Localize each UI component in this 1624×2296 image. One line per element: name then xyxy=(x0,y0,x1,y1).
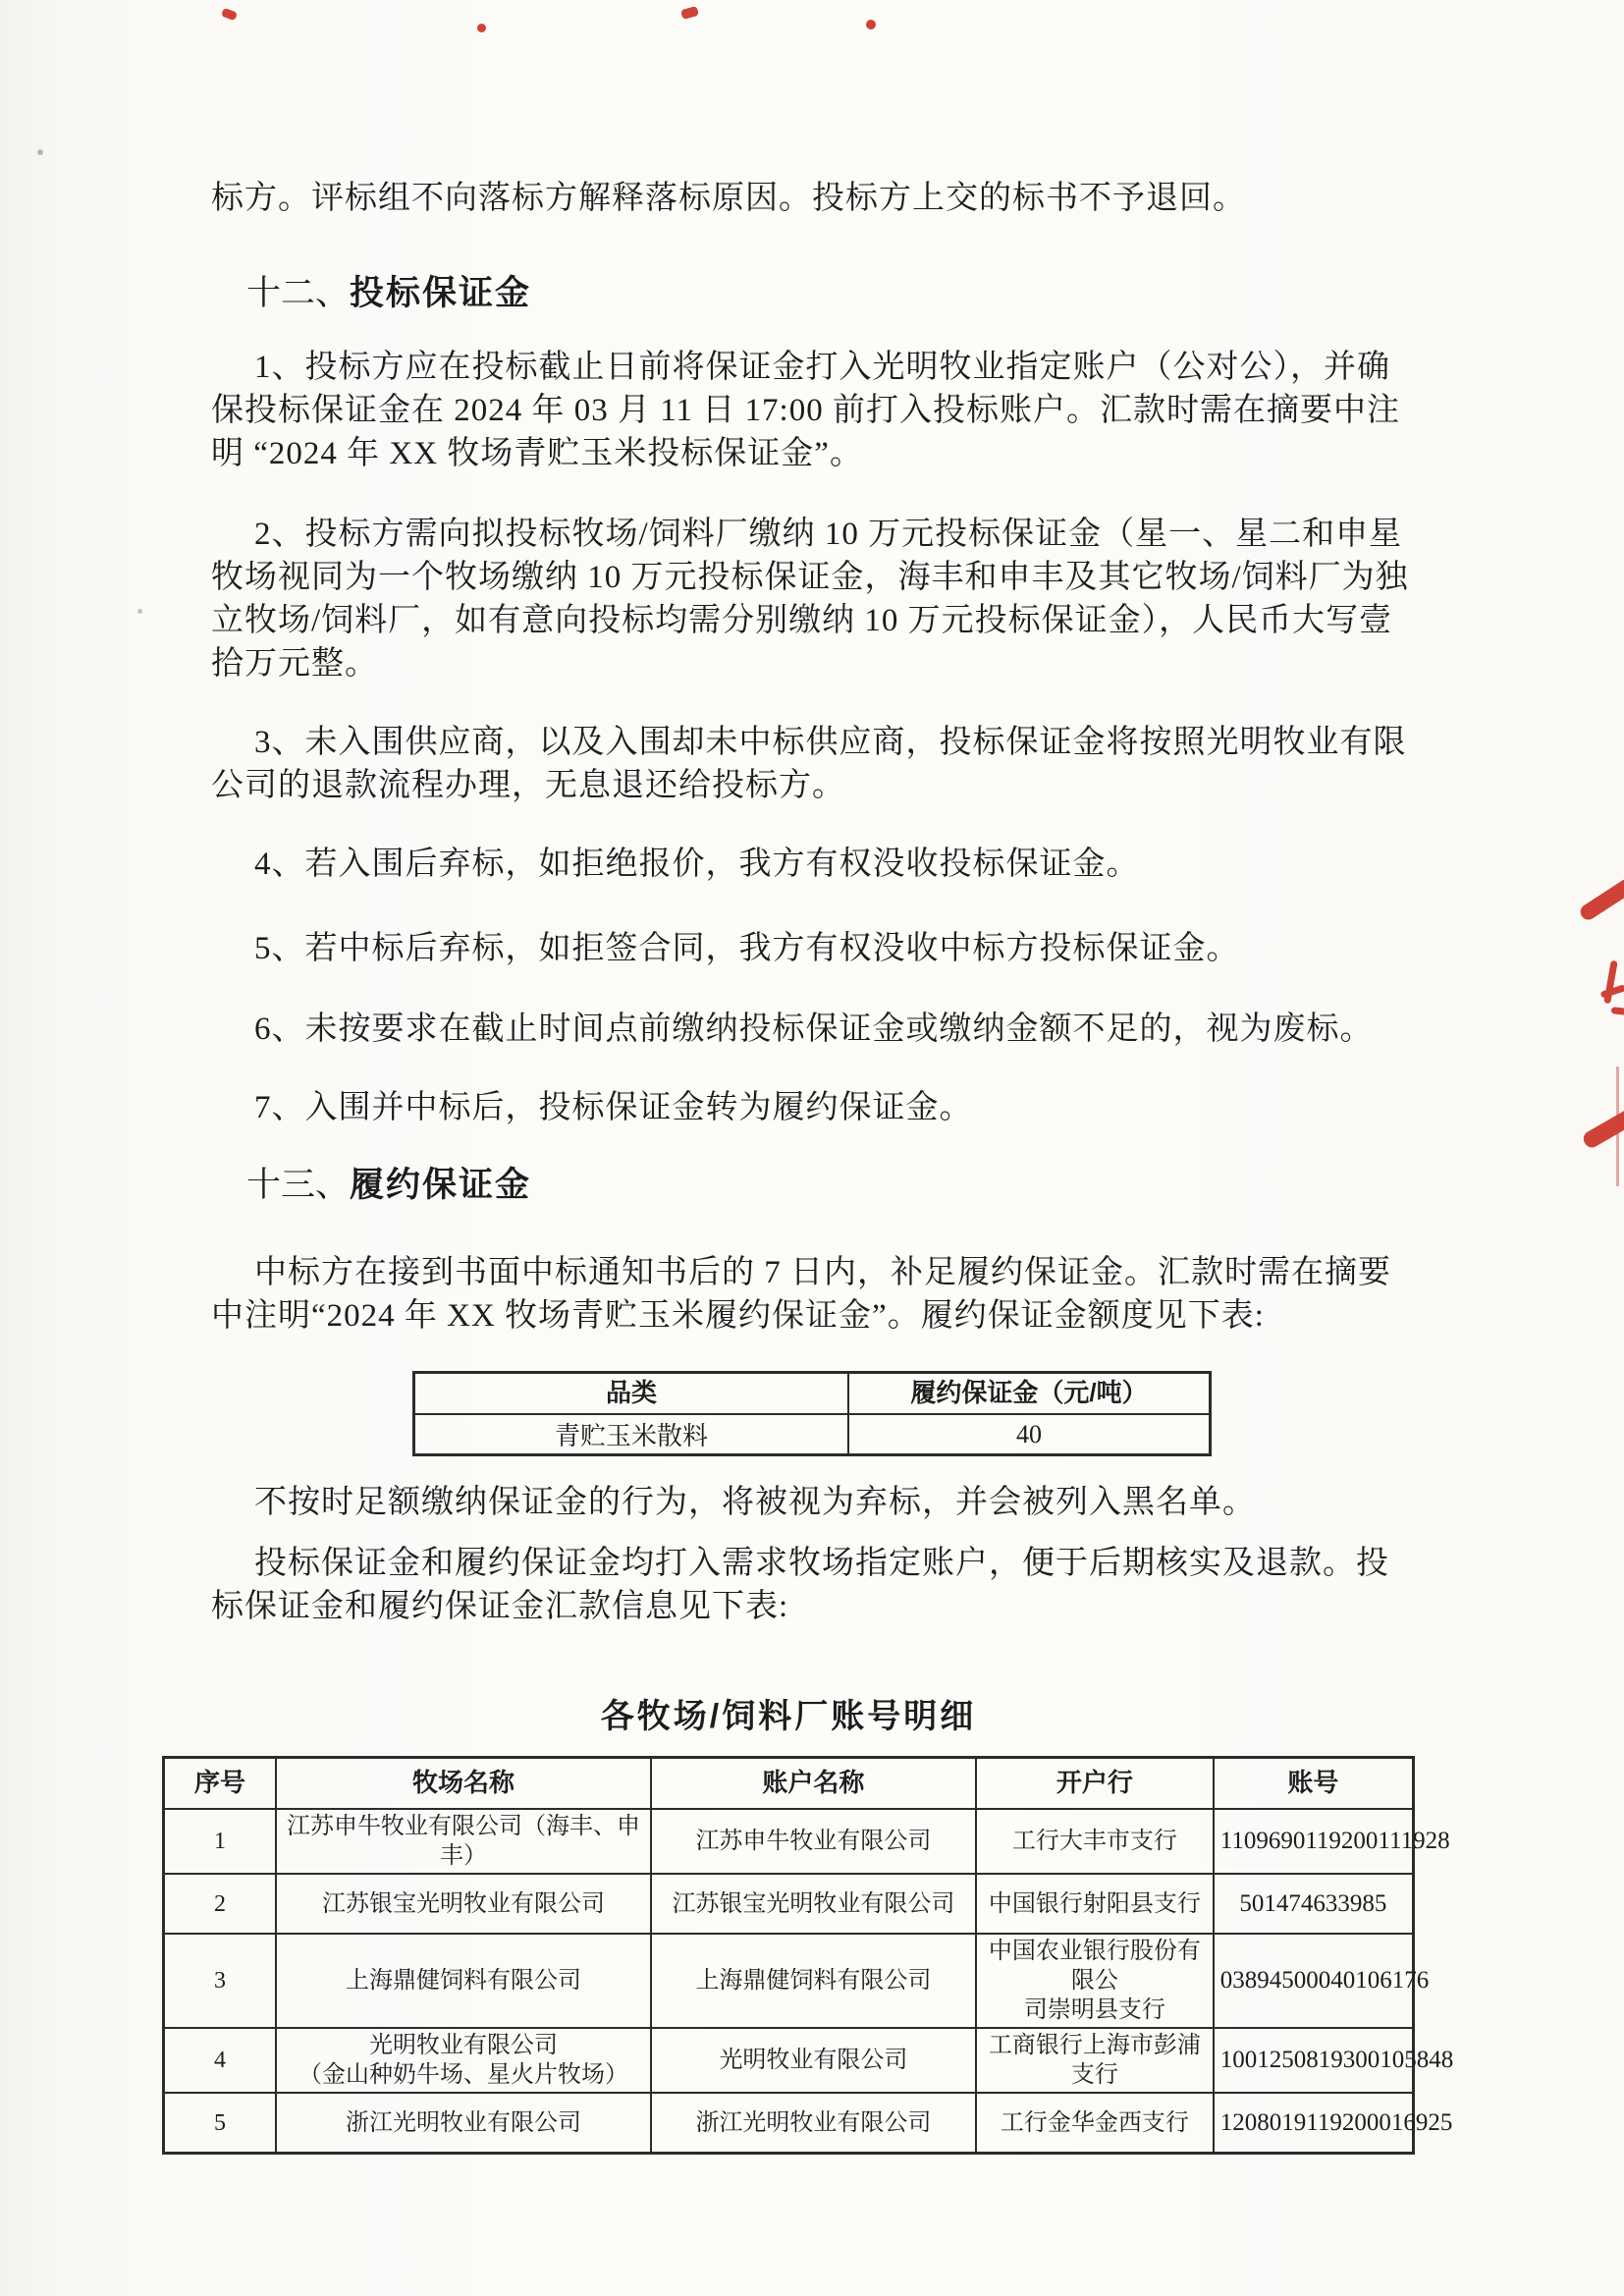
clause-3: 3、未入围供应商，以及入围却未中标供应商，投标保证金将按照光明牧业有限公司的退款… xyxy=(211,721,1417,807)
cell-account-name: 浙江光明牧业有限公司 xyxy=(651,2093,976,2154)
clause-5: 5、若中标后弃标，如拒签合同，我方有权没收中标方投标保证金。 xyxy=(211,927,1417,970)
column-header-account-no: 账号 xyxy=(1214,1758,1414,1810)
column-header-bank: 开户行 xyxy=(976,1758,1214,1810)
cell-farm-name: 浙江光明牧业有限公司 xyxy=(276,2093,651,2154)
cell-bank: 工商银行上海市彭浦支行 xyxy=(976,2028,1214,2093)
red-ink-speck xyxy=(680,6,699,20)
farm-accounts-table: 序号 牧场名称 账户名称 开户行 账号 1 江苏申牛牧业有限公司（海丰、申丰） … xyxy=(162,1756,1415,2155)
scan-noise-speck xyxy=(37,149,43,155)
cell-account-name: 光明牧业有限公司 xyxy=(651,2028,976,2093)
cell-bank: 工行大丰市支行 xyxy=(976,1809,1214,1874)
cell-account-name: 江苏申牛牧业有限公司 xyxy=(651,1809,976,1874)
section-13-title: 履约保证金 xyxy=(350,1166,531,1204)
cell-index: 4 xyxy=(164,2028,277,2093)
clause-2: 2、投标方需向拟投标牧场/饲料厂缴纳 10 万元投标保证金（星一、星二和申星牧场… xyxy=(211,513,1417,685)
section-12-number: 十二、 xyxy=(246,274,350,312)
clause-6: 6、未按要求在截止时间点前缴纳投标保证金或缴纳金额不足的，视为废标。 xyxy=(211,1008,1417,1051)
cell-index: 2 xyxy=(164,1874,277,1934)
column-header-category: 品类 xyxy=(414,1373,848,1415)
cell-farm-name: 光明牧业有限公司 （金山种奶牛场、星火片牧场） xyxy=(276,2028,651,2093)
blacklist-paragraph: 不按时足额缴纳保证金的行为，将被视为弃标，并会被列入黑名单。 xyxy=(211,1481,1417,1524)
cell-bank: 中国银行射阳县支行 xyxy=(976,1874,1214,1934)
cell-account-no: 1208019119200016925 xyxy=(1214,2093,1414,2154)
cell-account-name: 上海鼎健饲料有限公司 xyxy=(651,1934,976,2028)
section-12-heading: 十二、投标保证金 xyxy=(211,271,531,316)
column-header-farm-name: 牧场名称 xyxy=(276,1758,651,1810)
remittance-paragraph: 投标保证金和履约保证金均打入需求牧场指定账户，便于后期核实及退款。投标保证金和履… xyxy=(211,1542,1417,1628)
clause-1: 1、投标方应在投标截止日前将保证金打入光明牧业指定账户（公对公），并确保投标保证… xyxy=(211,346,1417,475)
section-12-title: 投标保证金 xyxy=(350,274,531,312)
clause-4: 4、若入围后弃标，如拒绝报价，我方有权没收投标保证金。 xyxy=(211,843,1417,886)
table-row: 3 上海鼎健饲料有限公司 上海鼎健饲料有限公司 中国农业银行股份有限公 司崇明县… xyxy=(164,1934,1414,2028)
table-header-row: 品类 履约保证金（元/吨） xyxy=(414,1373,1211,1415)
red-ink-speck xyxy=(477,24,486,32)
cell-account-no: 1109690119200111928 xyxy=(1214,1809,1414,1874)
cell-bond-amount: 40 xyxy=(848,1414,1211,1455)
intro-line: 标方。评标组不向落标方解释落标原因。投标方上交的标书不予退回。 xyxy=(211,177,1417,220)
performance-bond-paragraph: 中标方在接到书面中标通知书后的 7 日内，补足履约保证金。汇款时需在摘要中注明“… xyxy=(211,1251,1417,1338)
red-ink-speck xyxy=(866,20,876,29)
column-header-index: 序号 xyxy=(164,1758,277,1810)
cell-farm-name: 江苏银宝光明牧业有限公司 xyxy=(276,1874,651,1934)
cell-bank: 工行金华金西支行 xyxy=(976,2093,1214,2154)
red-pen-stroke xyxy=(1611,1007,1624,1015)
cell-account-no: 03894500040106176 xyxy=(1214,1934,1414,2028)
cell-category: 青贮玉米散料 xyxy=(414,1414,848,1455)
section-13-heading: 十三、履约保证金 xyxy=(211,1163,531,1208)
cell-bank: 中国农业银行股份有限公 司崇明县支行 xyxy=(976,1934,1214,2028)
red-pen-stroke xyxy=(1578,876,1624,922)
cell-index: 5 xyxy=(164,2093,277,2154)
column-header-bond-amount: 履约保证金（元/吨） xyxy=(848,1373,1211,1415)
table-row: 5 浙江光明牧业有限公司 浙江光明牧业有限公司 工行金华金西支行 1208019… xyxy=(164,2093,1414,2154)
table-row: 4 光明牧业有限公司 （金山种奶牛场、星火片牧场） 光明牧业有限公司 工商银行上… xyxy=(164,2028,1414,2093)
table-row: 2 江苏银宝光明牧业有限公司 江苏银宝光明牧业有限公司 中国银行射阳县支行 50… xyxy=(164,1874,1414,1934)
clause-7: 7、入围并中标后，投标保证金转为履约保证金。 xyxy=(211,1086,1417,1129)
table-row: 青贮玉米散料 40 xyxy=(414,1414,1211,1455)
cell-account-name: 江苏银宝光明牧业有限公司 xyxy=(651,1874,976,1934)
performance-bond-table: 品类 履约保证金（元/吨） 青贮玉米散料 40 xyxy=(412,1371,1212,1456)
cell-farm-name: 江苏申牛牧业有限公司（海丰、申丰） xyxy=(276,1809,651,1874)
cell-index: 3 xyxy=(164,1934,277,2028)
cell-account-no: 501474633985 xyxy=(1214,1874,1414,1934)
table-header-row: 序号 牧场名称 账户名称 开户行 账号 xyxy=(164,1758,1414,1810)
scan-noise-speck xyxy=(137,609,142,614)
scanned-document-page: 标方。评标组不向落标方解释落标原因。投标方上交的标书不予退回。 十二、投标保证金… xyxy=(0,0,1624,2296)
accounts-table-title: 各牧场/饲料厂账号明细 xyxy=(162,1695,1415,1738)
column-header-account-name: 账户名称 xyxy=(651,1758,976,1810)
table-row: 1 江苏申牛牧业有限公司（海丰、申丰） 江苏申牛牧业有限公司 工行大丰市支行 1… xyxy=(164,1809,1414,1874)
section-13-number: 十三、 xyxy=(246,1166,350,1204)
cell-account-no: 1001250819300105848 xyxy=(1214,2028,1414,2093)
cell-index: 1 xyxy=(164,1809,277,1874)
red-ink-speck xyxy=(221,8,238,22)
cell-farm-name: 上海鼎健饲料有限公司 xyxy=(276,1934,651,2028)
